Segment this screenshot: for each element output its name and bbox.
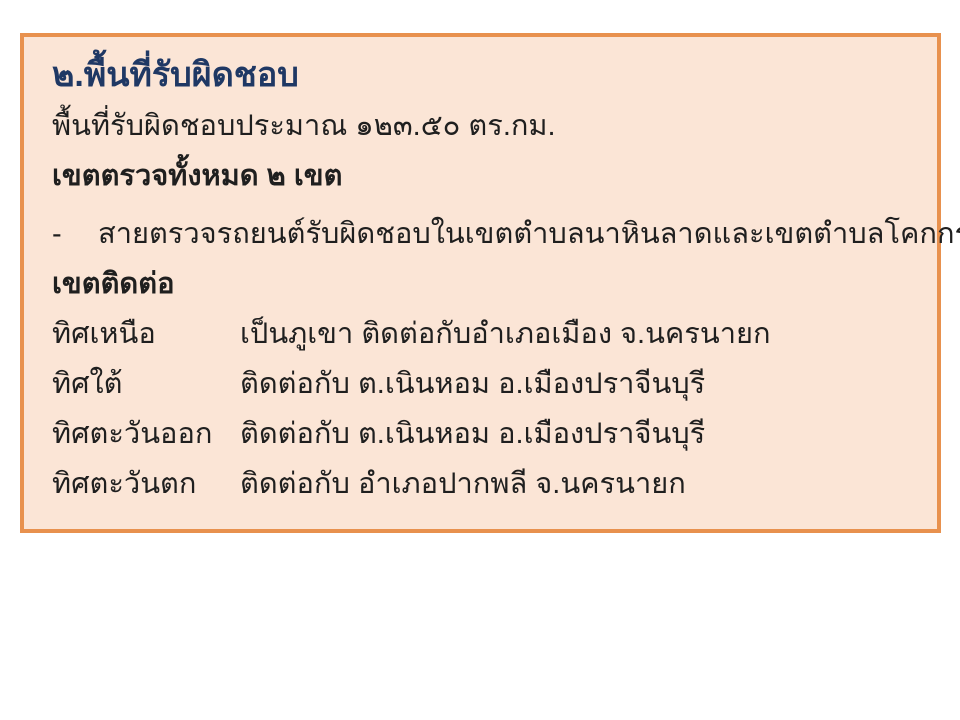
content-panel: ๒.พื้นที่รับผิดชอบ พื้นที่รับผิดชอบประมา… <box>20 33 941 533</box>
direction-row-south: ทิศใต้ ติดต่อกับ ต.เนินหอม อ.เมืองปราจีน… <box>52 359 909 409</box>
direction-description: ติดต่อกับ ต.เนินหอม อ.เมืองปราจีนบุรี <box>240 409 909 459</box>
slide-title: ๒.พื้นที่รับผิดชอบ <box>52 49 909 101</box>
direction-label: ทิศใต้ <box>52 359 240 409</box>
direction-row-east: ทิศตะวันออก ติดต่อกับ ต.เนินหอม อ.เมืองป… <box>52 409 909 459</box>
bullet-dash: - <box>52 209 98 259</box>
patrol-bullet-row: - สายตรวจรถยนต์รับผิดชอบในเขตตำบลนาหินลา… <box>52 209 909 259</box>
borders-heading: เขตติดต่อ <box>52 259 909 309</box>
direction-description: ติดต่อกับ ต.เนินหอม อ.เมืองปราจีนบุรี <box>240 359 909 409</box>
presentation-slide: ๒.พื้นที่รับผิดชอบ พื้นที่รับผิดชอบประมา… <box>0 0 960 720</box>
patrol-bullet-text: สายตรวจรถยนต์รับผิดชอบในเขตตำบลนาหินลาดแ… <box>98 209 960 259</box>
direction-row-north: ทิศเหนือ เป็นภูเขา ติดต่อกับอำเภอเมือง จ… <box>52 309 909 359</box>
area-line: พื้นที่รับผิดชอบประมาณ ๑๒๓.๕๐ ตร.กม. <box>52 101 909 151</box>
direction-description: ติดต่อกับ อำเภอปากพลี จ.นครนายก <box>240 459 909 509</box>
direction-description: เป็นภูเขา ติดต่อกับอำเภอเมือง จ.นครนายก <box>240 309 909 359</box>
direction-label: ทิศเหนือ <box>52 309 240 359</box>
direction-label: ทิศตะวันตก <box>52 459 240 509</box>
zones-heading: เขตตรวจทั้งหมด ๒ เขต <box>52 151 909 201</box>
direction-label: ทิศตะวันออก <box>52 409 240 459</box>
direction-row-west: ทิศตะวันตก ติดต่อกับ อำเภอปากพลี จ.นครนา… <box>52 459 909 509</box>
